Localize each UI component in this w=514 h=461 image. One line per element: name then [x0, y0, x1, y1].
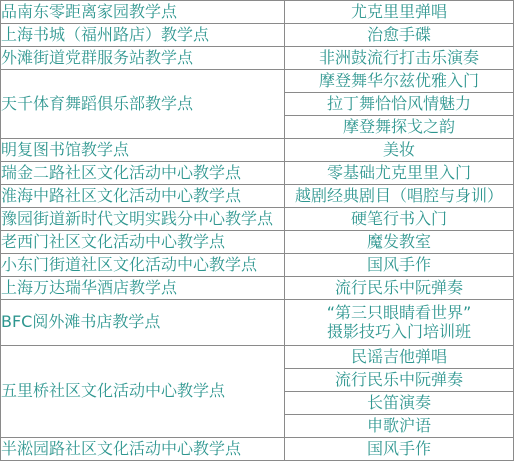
table-row: 上海万达瑞华酒店教学点 流行民乐中阮弹奏: [1, 277, 514, 300]
course-cell: 摩登舞华尔兹优雅入门: [285, 70, 514, 93]
course-cell: 拉丁舞恰恰风情魅力: [285, 93, 514, 116]
course-cell: 零基础尤克里里入门: [285, 162, 514, 185]
course-cell: 硬笔行书入门: [285, 208, 514, 231]
course-cell: 魔发教室: [285, 231, 514, 254]
course-cell: 民谣吉他弹唱: [285, 346, 514, 369]
course-cell: 流行民乐中阮弹奏: [285, 369, 514, 392]
course-cell: 非洲鼓流行打击乐演奏: [285, 47, 514, 70]
course-cell: 治愈手碟: [285, 24, 514, 47]
course-cell: 国风手作: [285, 438, 514, 461]
table-row: 品南东零距离家园教学点 尤克里里弹唱: [1, 1, 514, 24]
location-cell: 五里桥社区文化活动中心教学点: [1, 346, 285, 438]
location-cell: 淮海中路社区文化活动中心教学点: [1, 185, 285, 208]
course-cell: 美妆: [285, 139, 514, 162]
table-row: 半淞园路社区文化活动中心教学点 国风手作: [1, 438, 514, 461]
location-cell: 豫园街道新时代文明实践分中心教学点: [1, 208, 285, 231]
table-row: 明复图书馆教学点 美妆: [1, 139, 514, 162]
location-cell: 老西门社区文化活动中心教学点: [1, 231, 285, 254]
location-cell: 瑞金二路社区文化活动中心教学点: [1, 162, 285, 185]
location-cell: 明复图书馆教学点: [1, 139, 285, 162]
table-row: 五里桥社区文化活动中心教学点 民谣吉他弹唱: [1, 346, 514, 369]
table-row: 上海书城（福州路店）教学点 治愈手碟: [1, 24, 514, 47]
table-row: 天千体育舞蹈俱乐部教学点 摩登舞华尔兹优雅入门: [1, 70, 514, 93]
course-cell: 尤克里里弹唱: [285, 1, 514, 24]
table-row: 外滩街道党群服务站教学点 非洲鼓流行打击乐演奏: [1, 47, 514, 70]
course-cell: 长笛演奏: [285, 392, 514, 415]
location-cell: 上海万达瑞华酒店教学点: [1, 277, 285, 300]
table-row: 小东门街道社区文化活动中心教学点 国风手作: [1, 254, 514, 277]
location-cell: 品南东零距离家园教学点: [1, 1, 285, 24]
table-row: 老西门社区文化活动中心教学点 魔发教室: [1, 231, 514, 254]
teaching-points-course-table: 品南东零距离家园教学点 尤克里里弹唱 上海书城（福州路店）教学点 治愈手碟 外滩…: [0, 0, 514, 461]
table-row: 淮海中路社区文化活动中心教学点 越剧经典剧目（唱腔与身训）: [1, 185, 514, 208]
table-row: 豫园街道新时代文明实践分中心教学点 硬笔行书入门: [1, 208, 514, 231]
course-cell: 申歌沪语: [285, 415, 514, 438]
course-cell: 国风手作: [285, 254, 514, 277]
course-cell: 流行民乐中阮弹奏: [285, 277, 514, 300]
location-cell: BFC阅外滩书店教学点: [1, 300, 285, 346]
location-cell: 小东门街道社区文化活动中心教学点: [1, 254, 285, 277]
location-cell: 半淞园路社区文化活动中心教学点: [1, 438, 285, 461]
course-cell: 摩登舞探戈之韵: [285, 116, 514, 139]
location-cell: 上海书城（福州路店）教学点: [1, 24, 285, 47]
location-cell: 外滩街道党群服务站教学点: [1, 47, 285, 70]
location-cell: 天千体育舞蹈俱乐部教学点: [1, 70, 285, 139]
course-cell: “第三只眼睛看世界” 摄影技巧入门培训班: [285, 300, 514, 346]
table-row: 瑞金二路社区文化活动中心教学点 零基础尤克里里入门: [1, 162, 514, 185]
course-cell: 越剧经典剧目（唱腔与身训）: [285, 185, 514, 208]
table-row: BFC阅外滩书店教学点 “第三只眼睛看世界” 摄影技巧入门培训班: [1, 300, 514, 346]
